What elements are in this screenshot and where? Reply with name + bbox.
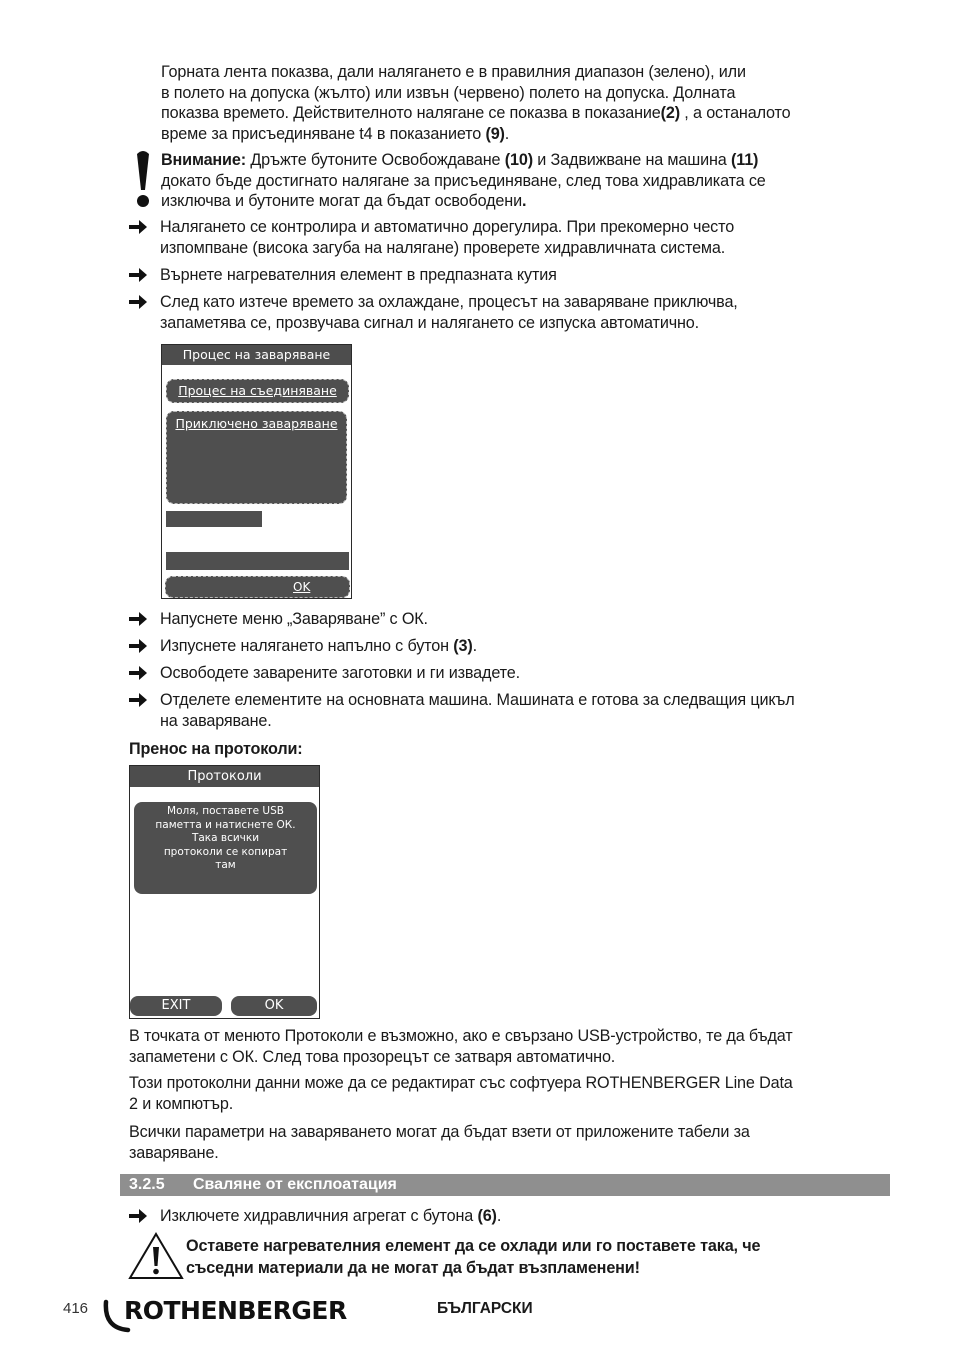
welding-process-screen: Процес на заваряване Процес на съединява… (161, 344, 352, 599)
intro-line: в полето на допуска (жълто) или извън (ч… (161, 83, 901, 104)
step-text: Отделете елементите на основната машина.… (160, 690, 898, 711)
arrow-right-icon (128, 665, 148, 681)
welding-finished-panel: Приключено заваряване (166, 411, 347, 504)
warning-text: Оставете нагревателния елемент да се охл… (186, 1235, 896, 1279)
paragraph-line: запаметени с ОК. След това прозорецът се… (129, 1047, 899, 1068)
paragraph-line: В точката от менюто Протоколи е възможно… (129, 1026, 899, 1047)
ref-10: (10) (505, 151, 533, 169)
step-item: Изпуснете налягането напълно с бутон (3)… (128, 636, 898, 657)
warning-triangle-icon (128, 1232, 184, 1280)
message-line: там (134, 859, 317, 873)
ref-9: (9) (485, 125, 504, 143)
arrow-right-icon (128, 638, 148, 654)
usb-message-panel: Моля, поставете USB паметта и натиснете … (134, 802, 317, 894)
section-heading: 3.2.5 Сваляне от експлоатация (120, 1174, 890, 1196)
step-text: . (473, 637, 477, 655)
page-number: 416 (63, 1300, 88, 1317)
warning-line: Оставете нагревателния елемент да се охл… (186, 1235, 896, 1257)
panel-label: Приключено заваряване (175, 416, 337, 431)
intro-line: Горната лента показва, дали налягането е… (161, 62, 901, 83)
ref-3: (3) (453, 637, 472, 655)
step-item: Напуснете меню „Заваряване” с ОК. (128, 609, 898, 630)
step-item: След като изтече времето за охлаждане, п… (128, 292, 898, 333)
intro-text: показва времето. Действителното налягане… (161, 104, 661, 122)
intro-line: време за присъединяване t4 в показанието… (161, 124, 901, 145)
section-number: 3.2.5 (129, 1174, 165, 1196)
arrow-right-icon (128, 294, 148, 310)
paragraph: В точката от менюто Протоколи е възможно… (129, 1026, 899, 1067)
step-text: Върнете нагревателния елемент в предпазн… (160, 265, 898, 286)
exit-button[interactable]: EXIT (130, 996, 222, 1016)
language-label: БЪЛГАРСКИ (437, 1300, 533, 1318)
step-item: Налягането се контролира и автоматично д… (128, 217, 898, 258)
paragraph-line: Този протоколни данни може да се редакти… (129, 1073, 899, 1094)
ref-11: (11) (731, 151, 758, 169)
brand-name: ROTHENBERGER (124, 1296, 347, 1325)
warning-line: съседни материали да не могат да бъдат в… (186, 1257, 896, 1279)
paragraph: Всички параметри на заваряването могат д… (129, 1122, 899, 1163)
arrow-right-icon (128, 692, 148, 708)
arrow-right-icon (128, 219, 148, 235)
intro-paragraph: Горната лента показва, дали налягането е… (161, 62, 901, 144)
paragraph-line: Всички параметри на заваряването могат д… (129, 1122, 899, 1143)
arrow-right-icon (128, 267, 148, 283)
screen-title: Протоколи (130, 766, 319, 787)
message-line: Така всички (134, 832, 317, 846)
message-line: протоколи се копират (134, 846, 317, 860)
ref-6: (6) (477, 1207, 496, 1225)
intro-text: , а останалото (680, 104, 791, 122)
paragraph-line: заваряване. (129, 1143, 899, 1164)
section-title: Сваляне от експлоатация (193, 1174, 397, 1196)
ok-button[interactable]: OK (231, 996, 317, 1016)
attention-line: изключва и бутоните могат да бъдат освоб… (161, 191, 901, 212)
step-text: . (497, 1207, 501, 1225)
message-line: паметта и натиснете ОК. (134, 819, 317, 833)
joining-process-button[interactable]: Процес на съединяване (166, 379, 349, 403)
protocols-screen: Протоколи Моля, поставете USB паметта и … (129, 765, 320, 1019)
ok-label: OK (293, 577, 310, 597)
step-text: запаметява се, прозвучава сигнал и наляг… (160, 313, 898, 334)
attention-text: изключва и бутоните могат да бъдат освоб… (161, 192, 522, 210)
step-text: Налягането се контролира и автоматично д… (160, 217, 898, 238)
step-item: Изключете хидравличния агрегат с бутона … (128, 1206, 898, 1227)
status-bar-long (166, 552, 349, 570)
step-text: Освободете заварените заготовки и ги изв… (160, 663, 898, 684)
attention-note: Внимание: Дръжте бутоните Освобождаване … (161, 150, 901, 212)
status-bar-short (166, 511, 262, 527)
step-text: на заваряване. (160, 711, 898, 732)
intro-line: показва времето. Действителното налягане… (161, 103, 901, 124)
step-text: Изключете хидравличния агрегат с бутона (160, 1207, 477, 1225)
attention-line: докато бъде достигнато налягане за присъ… (161, 171, 901, 192)
ref-2: (2) (661, 104, 680, 122)
intro-text: . (505, 125, 509, 143)
attention-text: . (522, 192, 526, 210)
arrow-right-icon (128, 611, 148, 627)
attention-label: Внимание: (161, 151, 246, 169)
brand-logo: ROTHENBERGER (102, 1294, 352, 1334)
step-text: Изпуснете налягането напълно с бутон (160, 637, 453, 655)
step-item: Освободете заварените заготовки и ги изв… (128, 663, 898, 684)
protocol-heading: Пренос на протоколи: (129, 739, 303, 760)
ok-button[interactable]: OK (165, 576, 350, 598)
step-text: След като изтече времето за охлаждане, п… (160, 292, 898, 313)
intro-text: време за присъединяване t4 в показанието (161, 125, 485, 143)
step-text: изпомпване (висока загуба на налягане) п… (160, 238, 898, 259)
step-text: Напуснете меню „Заваряване” с ОК. (160, 609, 898, 630)
message-line: Моля, поставете USB (134, 805, 317, 819)
screen-title: Процес на заваряване (162, 345, 351, 365)
arrow-right-icon (128, 1208, 148, 1224)
attention-line: Внимание: Дръжте бутоните Освобождаване … (161, 150, 901, 171)
step-item: Върнете нагревателния елемент в предпазн… (128, 265, 898, 286)
paragraph: Този протоколни данни може да се редакти… (129, 1073, 899, 1114)
attention-text: Дръжте бутоните Освобождаване (246, 151, 505, 169)
exclamation-icon (135, 150, 151, 210)
attention-text: и Задвижване на машина (533, 151, 731, 169)
button-label: Процес на съединяване (178, 383, 337, 398)
paragraph-line: 2 и компютър. (129, 1094, 899, 1115)
step-item: Отделете елементите на основната машина.… (128, 690, 898, 731)
